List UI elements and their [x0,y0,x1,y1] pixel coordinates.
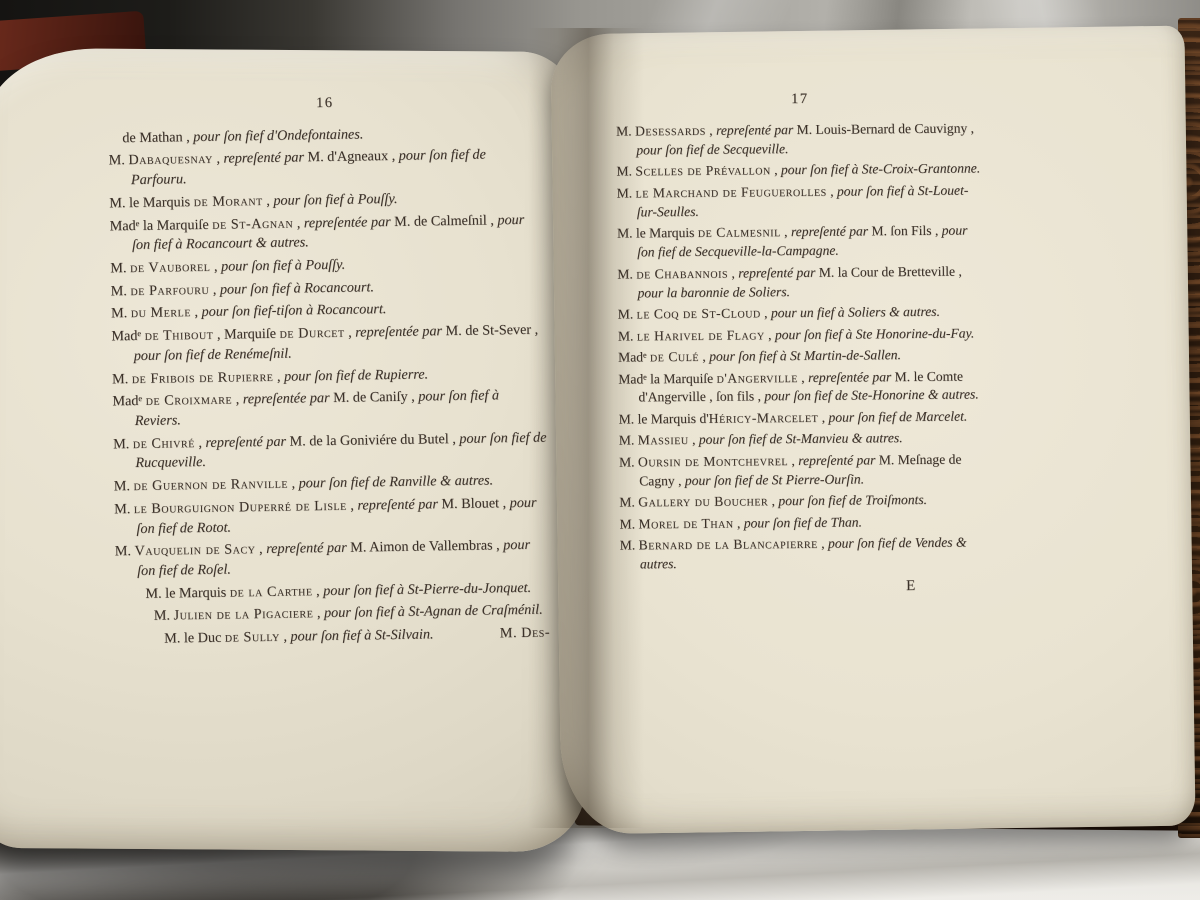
fief-description: pour ſon fief à Ste Honorine-du-Fay. [775,325,974,342]
fief-description: pour ſon fief de Rupierre. [284,366,428,384]
entry-text: M. [619,433,638,448]
fief-description: repreſentée par [304,214,391,231]
entry-text: M. [109,153,129,169]
fief-description: pour la baronnie de Soliers. [637,284,790,300]
list-entry: M. Morel de Than , pour ſon fief de Than… [619,512,987,534]
person-name: de Culé [650,349,699,364]
entry-text: , [191,304,202,320]
entry-text: , [263,193,274,209]
fief-description: repreſenté par [716,122,793,138]
person-name: de Guernon de Ranville [133,476,288,494]
entry-text: M. Blouet , [438,495,510,512]
entry-text: , [689,432,699,447]
entry-text: , [728,265,738,280]
entry-text: , [288,476,299,492]
fief-description: repreſenté par [791,224,868,240]
entry-text: M. le Marquis [145,584,230,601]
entry-text: M. ſon Fils , [868,223,942,239]
list-entry: M. Bernard de la Blancapierre , pour ſon… [620,534,988,575]
fief-description: pour ſon fief-tiſon à Rocancourt. [201,302,386,321]
person-name: Oursin de Montchevrel [638,453,788,469]
list-entry: M. de Guernon de Ranville , pour ſon fie… [114,471,548,497]
person-name: le Bourguignon Duperré de Lisle [134,498,347,517]
person-name: de Parfouru [130,282,209,299]
entry-text: M. Louis-Bernard de Cauvigny , [793,120,974,137]
book-photo: 16 de Mathan , pour ſon fief d'Ondefonta… [0,0,1200,900]
entry-text: M. [114,501,134,517]
entry-text: , [344,325,355,341]
entry-text: M. le Marquis [617,225,698,241]
person-name: Julien de la Pigaciere [173,606,313,624]
entry-text: , [273,368,284,384]
entries-list-right: M. Desessards , repreſenté par M. Louis-… [616,119,988,574]
person-name: le Harivel de Flagy [637,327,765,343]
person-name: Bernard de la Blancapierre [639,536,818,553]
entry-text: M. [115,543,135,559]
person-name: de Thibout [145,327,214,344]
fief-description: repreſenté par [738,265,815,281]
entry-text: Madᵉ la Marquiſe [618,370,716,386]
entry-text: , [293,215,304,231]
entry-text: M. [620,538,639,553]
list-entry: Madᵉ la Marquiſe d'Angerville , repreſen… [618,367,986,408]
entry-text: , [699,349,709,364]
entry-text: , [827,184,837,199]
fief-description: pour ſon fief à Pouſſy. [221,257,345,275]
person-name: de Chivré [133,435,195,452]
person-name: de Chabannois [636,265,728,281]
entry-text: , [209,281,220,297]
list-entry: M. le Marchand de Feuguerolles , pour ſo… [617,181,985,222]
list-entry: M. de Vauborel , pour ſon fief à Pouſſy. [110,253,544,279]
entry-text: M. de Calmeſnil , [391,212,498,230]
entry-text: , [255,541,266,557]
fief-description: pour ſon fief de Ste-Honorine & autres. [764,387,978,404]
entry-text: M. [111,283,131,299]
entry-text: Madᵉ la Marquiſe [110,216,213,234]
entry-text: , [312,583,323,599]
list-entry: M. le Marquis de la Carthe , pour ſon fi… [145,578,549,604]
person-name: Desessards [635,123,706,139]
list-entry: M. Scelles de Prévallon , pour ſon fief … [616,160,984,182]
list-entry: M. Oursin de Montchevrel , repreſenté pa… [619,450,987,491]
fief-description: repreſenté par [205,433,286,450]
person-name: de St-Agnan [212,215,293,232]
person-name: de la Carthe [230,583,313,600]
entry-text: , [788,453,798,468]
person-name: Massieu [638,432,689,447]
entry-text: , [734,515,744,530]
fief-description: pour ſon fief à Rocancourt. [220,279,374,297]
entry-text: , [818,410,828,425]
entry-text: M. de St-Sever , [442,322,538,340]
entry-text: M. la Cour de Bretteville , [815,263,962,279]
entry-text: M. [110,260,130,276]
entry-text: M. [111,306,131,322]
entry-text: , [706,123,716,138]
fief-description: pour ſon fief d'Ondefontaines. [193,126,363,145]
entry-text: , [765,327,775,342]
list-entry: M. du Merle , pour ſon fief-tiſon à Roca… [111,298,545,324]
fief-description: pour un fief à Soliers & autres. [771,304,940,320]
entry-text: , [232,392,243,408]
fief-description: pour ſon fief de Troiſmonts. [778,492,927,508]
entry-text: Madᵉ [618,349,650,364]
entry-text: de Mathan , [122,129,193,146]
list-entry: M. le Marquis d'Héricy-Marcelet , pour ſ… [619,407,987,429]
list-entry: M. Gallery du Boucher , pour ſon fief de… [619,491,987,513]
person-name: Morel de Than [638,515,733,531]
list-entry: M. de Chivré , repreſenté par M. de la G… [113,428,548,474]
list-entry: Madᵉ la Marquiſe de St-Agnan , repreſent… [110,210,545,256]
person-name: de Morant [194,193,263,210]
fief-description: pour ſon fief à St-Silvain. [290,627,433,645]
person-name: le Coq de St-Cloud [637,305,761,321]
fief-description: pour ſon fief de Marcelet. [828,408,967,424]
entry-text: M. le Marquis [109,194,194,211]
entry-text: , [213,151,224,167]
entry-text: M. [618,306,637,321]
list-entry: Madᵉ de Culé , pour ſon fief à St Martin… [618,345,986,367]
fief-description: repreſenté par [798,452,875,468]
list-entry: M. de Fribois de Rupierre , pour ſon fie… [112,363,546,389]
person-name: de Vauborel [130,259,211,276]
entry-text: , [761,305,771,320]
person-name: Gallery du Boucher [638,494,768,510]
entry-text: , [210,259,221,275]
entry-text: M. [617,185,636,200]
fief-description: pour ſon fief de St-Manvieu & autres. [699,431,903,448]
fief-description: pour ſon fief à St-Pierre-du-Jonquet. [323,580,531,599]
fief-description: pour ſon fief de Secqueville. [636,141,788,157]
entry-text: , [280,629,291,645]
fief-description: pour ſon fief à St Martin-de-Sallen. [709,347,901,364]
fief-description: repreſenté par [266,540,347,557]
fief-description: pour ſon fief de St Pierre-Ourſin. [685,471,864,488]
fief-description: repreſentée par [808,369,891,385]
entry-text: , [781,224,791,239]
entry-text: M. le Marquis d' [619,411,709,427]
list-entry: M. le Bourguignon Duperré de Lisle , rep… [114,494,549,540]
entry-text: , [195,435,206,451]
list-entry: M. Vauquelin de Sacy , repreſenté par M.… [115,536,550,582]
fief-description: pour ſon fief à Pouſſy. [273,191,397,209]
list-entry: M. le Coq de St-Cloud , pour un fief à S… [618,302,986,324]
person-name: du Merle [131,305,191,322]
entry-text: , [818,536,828,551]
list-entry: M. Massieu , pour ſon fief de St-Manvieu… [619,429,987,451]
fief-description: repreſenté par [357,496,438,513]
list-entry: M. le Marquis de Morant , pour ſon fief … [109,187,543,213]
entry-text: M. [620,516,639,531]
entry-text: M. [618,328,637,343]
person-name: Dabaquesnay [128,151,213,168]
entry-text: M. [619,454,638,469]
entry-text: M. de la Goniviére du Butel , [286,431,460,450]
person-name: de Calmesnil [698,224,781,240]
entry-text: Madᵉ [112,393,145,410]
entry-text: M. de Caniſy , [329,389,418,406]
person-name: Vauquelin de Sacy [134,541,255,559]
entry-text: , Marquiſe [213,326,279,343]
person-name: de Durcet [279,325,344,342]
person-name: de Fribois de Rupierre [132,368,274,386]
entry-text: M. [617,266,636,281]
person-name: Scelles de Prévallon [635,163,771,179]
entry-text: Madᵉ [111,328,144,345]
page-number-right: 17 [616,88,984,110]
entry-text: M. [616,164,635,179]
entry-text: , [313,606,324,622]
list-entry: M. le Harivel de Flagy , pour ſon fief à… [618,324,986,346]
entry-text: M. [616,123,635,138]
list-entry: M. de Parfouru , pour ſon fief à Rocanco… [111,275,545,301]
signature-mark: E [620,577,988,599]
list-entry: M. Desessards , repreſenté par M. Louis-… [616,119,984,160]
list-entry: M. de Chabannois , repreſenté par M. la … [617,262,985,303]
list-entry: M. le Marquis de Calmesnil , repreſenté … [617,222,985,263]
fief-description: pour ſon fief de Ranville & autres. [299,473,494,492]
entry-text: , [347,498,358,514]
fief-description: repreſenté par [223,150,304,167]
list-entry: M. Dabaquesnay , repreſenté par M. d'Agn… [109,145,544,191]
entry-text: M. [113,436,133,452]
entry-text: M. [154,608,174,624]
entry-text: M. Aimon de Vallembras , [347,538,504,556]
entry-text: M. [114,478,134,494]
entry-text: M. d'Agneaux , [304,148,399,165]
person-name: d'Angerville [716,370,797,386]
list-entry: Madᵉ de Thibout , Marquiſe de Durcet , r… [111,321,546,367]
person-name: le Marchand de Feuguerolles [636,184,827,201]
fief-description: pour ſon fief de Renémeſnil. [134,345,292,363]
page-16-text: 16 de Mathan , pour ſon fief d'Ondefonta… [108,91,551,651]
fief-description: pour ſon fief à St-Agnan de Craſménil. [324,602,543,621]
fief-description: pour ſon fief à Ste-Croix-Grantonne. [781,161,980,178]
entry-text: M. [619,495,638,510]
person-name: de Sully [225,629,280,646]
list-entry: de Mathan , pour ſon fief d'Ondefontaine… [108,122,542,148]
entry-text: M. le Duc [164,630,225,647]
page-17-text: 17 M. Desessards , repreſenté par M. Lou… [616,88,988,598]
entries-list-left: de Mathan , pour ſon fief d'Ondefontaine… [108,122,550,650]
entry-text: M. [112,371,132,387]
fief-description: repreſentée par [243,390,330,407]
fief-description: pour ſon fief de Than. [744,514,862,530]
entry-text: , [798,369,808,384]
person-name: de Croixmare [146,392,233,409]
list-entry: Madᵉ de Croixmare , repreſentée par M. d… [112,386,547,432]
entry-text: , [768,494,778,509]
fief-description: repreſentée par [355,323,442,340]
person-name: Héricy-Marcelet [709,410,819,426]
list-entry: M. Julien de la Pigaciere , pour ſon fie… [154,601,550,627]
